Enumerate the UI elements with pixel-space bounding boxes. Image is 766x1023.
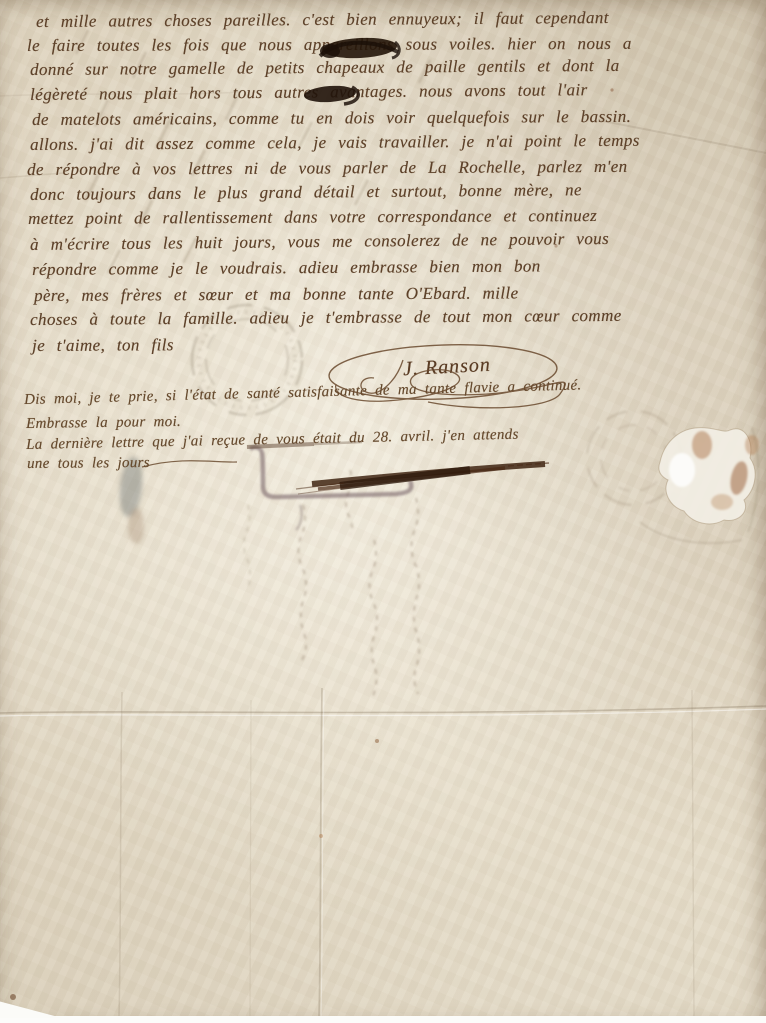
paper-speck	[10, 994, 16, 1000]
letter-line: je t'aime, ton fils	[32, 336, 174, 354]
letter-line: père, mes frères et sœur et ma bonne tan…	[34, 284, 519, 304]
paper-texture	[0, 0, 766, 1023]
paper-speck	[375, 739, 379, 743]
letter-line: de matelots américains, comme tu en dois…	[32, 108, 631, 128]
letter-line: et mille autres choses pareilles. c'est …	[36, 9, 609, 30]
bleedthrough-ghost-columns	[244, 470, 419, 696]
heavy-ink-scribble	[296, 463, 549, 494]
letter-line: à m'écrire tous les huit jours, vous me …	[30, 230, 609, 253]
paper-speck	[319, 834, 323, 838]
postmark-stamp-right	[587, 411, 681, 505]
postscript-line: Dis moi, je te prie, si l'état de santé …	[24, 378, 582, 408]
letter-line: mettez point de rallentissement dans vot…	[28, 207, 597, 227]
letter-line: le faire toutes les fois que nous appare…	[27, 35, 632, 54]
letter-line: légèreté nous plait hors tous autres ava…	[30, 81, 588, 103]
seal-tear	[640, 428, 759, 543]
paper-speck	[610, 88, 613, 91]
postscript-line: une tous les jours	[27, 456, 150, 472]
letter-line: de répondre à vos lettres ni de vous par…	[27, 158, 628, 178]
scan-marks-under	[0, 0, 766, 1023]
faded-bracket-stroke	[250, 448, 411, 530]
letter-line: donné sur notre gamelle de petits chapea…	[30, 57, 620, 78]
scan-marks-over	[0, 0, 766, 1023]
letter-line: donc toujours dans le plus grand détail …	[30, 181, 582, 203]
scan-background-strip	[0, 1016, 766, 1023]
paper-corner-bottom-left	[0, 988, 62, 1018]
letter-scan-page: et mille autres choses pareilles. c'est …	[0, 0, 766, 1023]
letter-line: choses à toute la famille. adieu je t'em…	[30, 307, 622, 328]
letter-line: allons. j'ai dit assez comme cela, je va…	[30, 132, 640, 153]
letter-line: répondre comme je le voudrais. adieu emb…	[32, 257, 541, 278]
postscript-line: La dernière lettre que j'ai reçue de vou…	[26, 428, 519, 453]
postscript-line: Embrasse la pour moi.	[26, 415, 181, 432]
